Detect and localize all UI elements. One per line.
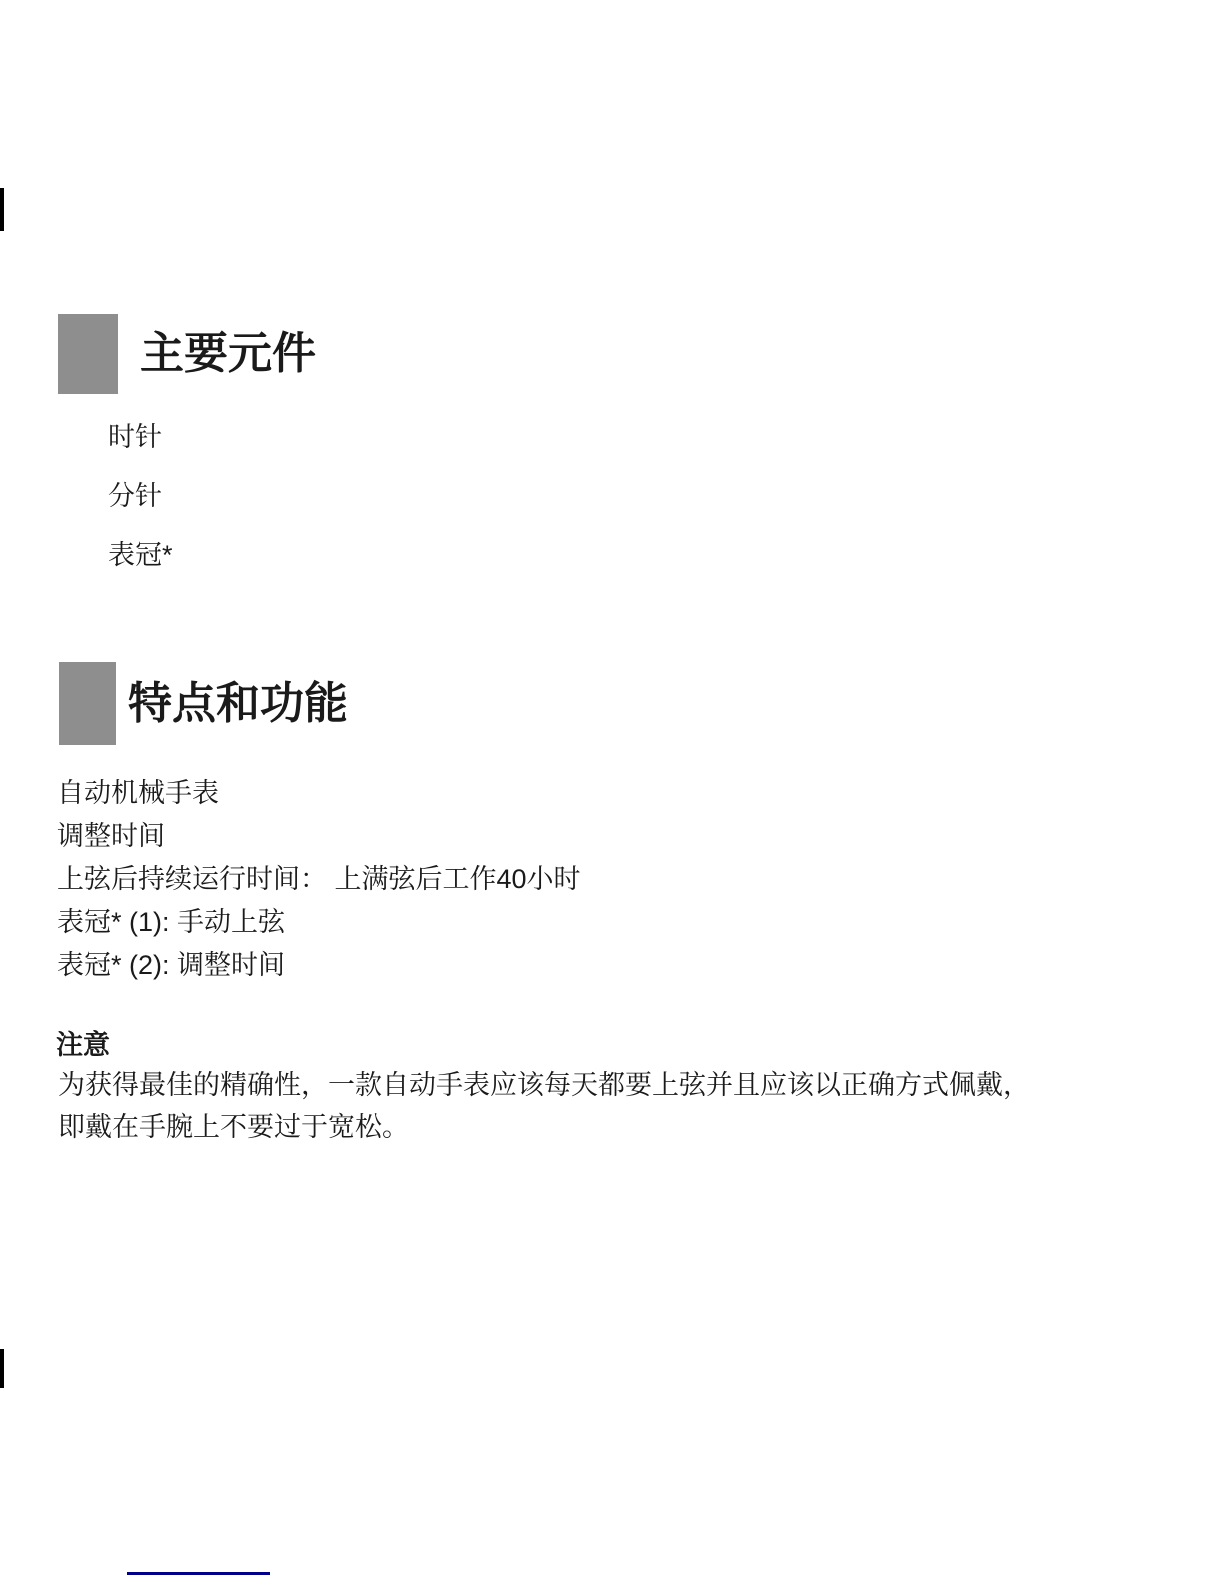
note-paragraph-line-1: 为获得最佳的精确性，一款自动手表应该每天都要上弦并且应该以正确方式佩戴，	[58, 1064, 1030, 1106]
feature-line-set-time: 调整时间	[57, 815, 581, 858]
feature-line-crown-position-1: 表冠* (1): 手动上弦	[57, 901, 581, 944]
features-list: 自动机械手表 调整时间 上弦后持续运行时间： 上满弦后工作40小时 表冠* (1…	[57, 772, 581, 987]
section-header-main-components: 主要元件	[58, 314, 316, 394]
list-item-hour-hand: 时针	[108, 424, 173, 451]
section-header-features-functions: 特点和功能	[59, 662, 348, 745]
note-heading: 注意	[56, 1030, 110, 1060]
components-list: 时针 分针 表冠*	[108, 424, 173, 601]
section-marker-square	[59, 662, 116, 745]
section-title-main-components: 主要元件	[140, 332, 316, 376]
page-edge-mark-bottom	[0, 1349, 4, 1388]
manual-page: 主要元件 时针 分针 表冠* 特点和功能 自动机械手表 调整时间 上弦后持续运行…	[0, 0, 1224, 1584]
page-edge-mark-top	[0, 188, 4, 231]
feature-line-automatic-watch: 自动机械手表	[57, 772, 581, 815]
list-item-crown: 表冠*	[108, 542, 173, 569]
footer-link-underline[interactable]	[127, 1572, 270, 1575]
list-item-minute-hand: 分针	[108, 483, 173, 510]
feature-line-crown-position-2: 表冠* (2): 调整时间	[57, 944, 581, 987]
feature-line-power-reserve: 上弦后持续运行时间： 上满弦后工作40小时	[57, 858, 581, 901]
section-marker-square	[58, 314, 118, 394]
section-title-features-functions: 特点和功能	[128, 682, 348, 726]
note-paragraph-line-2: 即戴在手腕上不要过于宽松。	[58, 1106, 1030, 1148]
note-paragraph: 为获得最佳的精确性，一款自动手表应该每天都要上弦并且应该以正确方式佩戴， 即戴在…	[58, 1064, 1030, 1148]
